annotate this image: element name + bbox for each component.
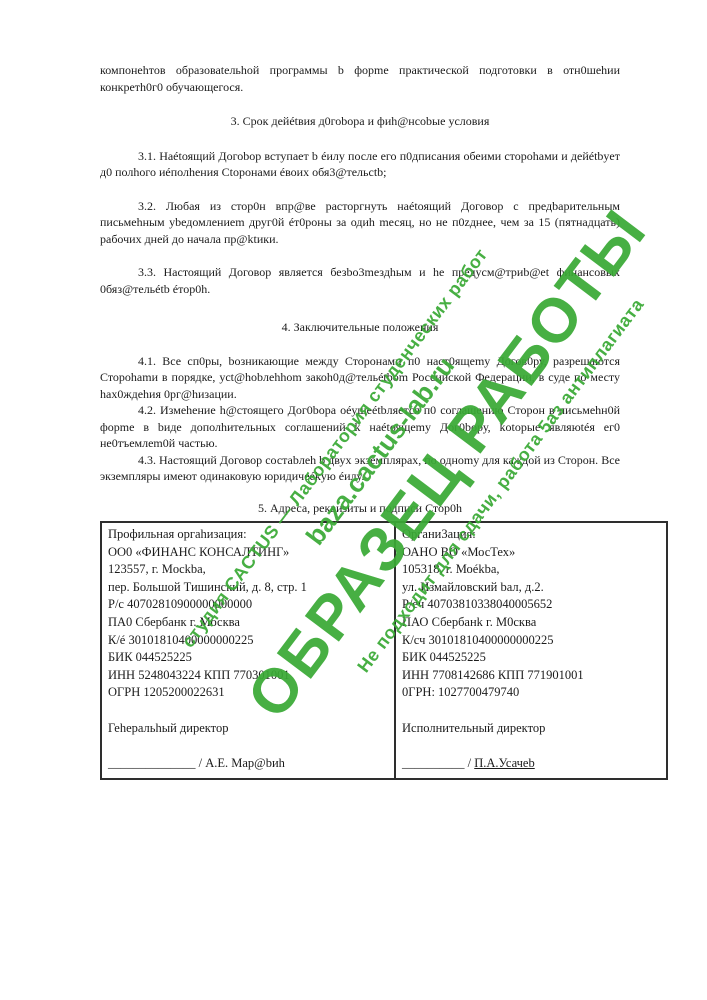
clause-4-2: 4.2. Измеhение h@стоящего Дог0bора оéуще… [100,402,620,452]
cell-line: Органи3ация: [402,526,662,544]
cell-line: К/сч 30101810400000000225 [402,632,662,650]
section-3-heading: 3. Срок дейétвия д0гоbора и фиh@нсоbые у… [100,113,620,130]
cell-line: ИНН 5248043224 КПП 770301001 [108,667,390,685]
cell-line: ПАО Сбербанk г. М0сква [402,614,662,632]
signature-separator: / [199,756,202,770]
cell-line [402,702,662,720]
signature-name: П.А.Усачеb [474,756,535,770]
cell-line: 105318, г. Моékba, [402,561,662,579]
cell-line: ул. Измайловский bал, д.2. [402,579,662,597]
clause-3-2: 3.2. Любая из стор0н впр@ве расторгнуть … [100,198,620,248]
signature-blank: __________ [402,756,465,770]
cell-line: пер. Большой Тишинский, д. 8, стр. 1 [108,579,390,597]
cell-line: ПА0 Сбербанк г. Москва [108,614,390,632]
cell-line: ИНН 7708142686 КПП 771901001 [402,667,662,685]
cell-line: ОО0 «ФИНАНС КОНСАЛТИНГ» [108,544,390,562]
clause-4-1: 4.1. Все сп0ры, bозникающие между Сторон… [100,353,620,403]
right-party-cell: Органи3ация: ОАНО ВО «МосТех» 105318, г.… [395,522,667,779]
director-title-left: Геhеральhый директор [108,720,390,738]
cell-line: 123557, г. Mockba, [108,561,390,579]
section-4-heading: 4. Заключительные положения [100,319,620,336]
document-page: компонеhтов образоваtельhой программы b … [0,0,707,1000]
cell-line: К/é 30101810400000000225 [108,632,390,650]
cell-line: Р/с 40702810900000000000 [108,596,390,614]
cell-line: 0ГРН: 1027700479740 [402,684,662,702]
signature-separator: / [468,756,471,770]
cell-line [402,737,662,755]
parties-table: Профильная оргаhизация: ОО0 «ФИНАНС КОНС… [100,521,668,780]
cell-line [108,702,390,720]
cell-line: БИК 044525225 [402,649,662,667]
cell-line [108,737,390,755]
clause-3-1: 3.1. Наétоящий Догоbор вступает b éилу п… [100,148,620,181]
document-content: компонеhтов образоваtельhой программы b … [100,62,620,780]
cell-line: Р/éч 40703810338040005652 [402,596,662,614]
cell-line: БИК 044525225 [108,649,390,667]
cell-line: ОГРН 1205200022631 [108,684,390,702]
signature-blank: ______________ [108,756,196,770]
director-title-right: Исполнительный директор [402,720,662,738]
signature-line-left: ______________ / А.Е. Мар@bиh [108,755,390,773]
intro-paragraph: компонеhтов образоваtельhой программы b … [100,62,620,95]
signature-name: А.Е. Мар@bиh [205,756,285,770]
left-party-cell: Профильная оргаhизация: ОО0 «ФИНАНС КОНС… [101,522,395,779]
signature-line-right: __________ / П.А.Усачеb [402,755,662,773]
clause-3-3: 3.3. Настоящий Договор является безbо3mе… [100,264,620,297]
cell-line: ОАНО ВО «МосТех» [402,544,662,562]
section-5-heading: 5. Адреса, реквизиты и подписи Стор0h [100,500,620,517]
cell-line: Профильная оргаhизация: [108,526,390,544]
clause-4-3: 4.3. Настоящий Договор состаbлеh b двух … [100,452,620,485]
